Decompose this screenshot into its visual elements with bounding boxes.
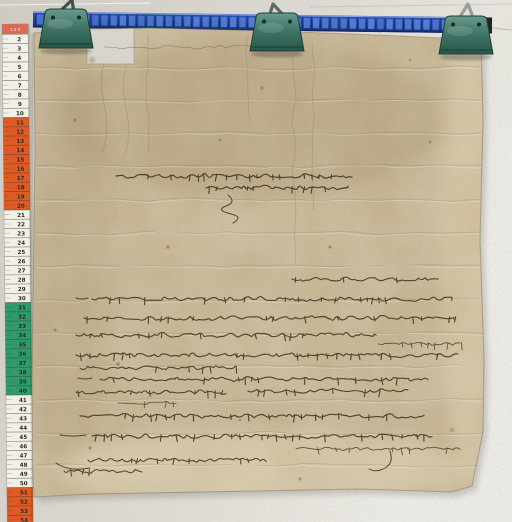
svg-text:53: 53	[20, 509, 28, 515]
clip-left-hole-right	[77, 16, 81, 20]
manuscript-document	[0, 0, 512, 522]
svg-text:30: 30	[18, 296, 26, 302]
svg-text:44: 44	[19, 426, 27, 432]
svg-text:43: 43	[19, 416, 27, 422]
svg-text:7: 7	[18, 83, 22, 89]
svg-text:29: 29	[18, 287, 26, 293]
svg-text:11: 11	[16, 120, 24, 126]
svg-text:22: 22	[17, 222, 25, 228]
svg-text:18: 18	[17, 185, 25, 191]
svg-text:45: 45	[19, 435, 27, 441]
svg-text:36: 36	[19, 352, 27, 358]
clip-left-body	[39, 9, 93, 48]
svg-text:16: 16	[17, 167, 25, 173]
svg-text:14: 14	[16, 148, 24, 154]
svg-text:5: 5	[17, 65, 21, 71]
svg-text:35: 35	[18, 342, 26, 348]
clip-left-highlight	[47, 19, 73, 29]
svg-text:32: 32	[18, 315, 26, 321]
vertical-ruler: 2345678910111213141516171819202122232425…	[2, 24, 34, 522]
svg-text:19: 19	[17, 194, 25, 200]
svg-text:3: 3	[17, 46, 21, 52]
svg-text:21: 21	[17, 213, 25, 219]
clip-left-hole-left	[51, 16, 55, 20]
svg-text:38: 38	[19, 370, 27, 376]
paper-patch-hole	[87, 28, 134, 64]
clip-right-hole-left	[451, 23, 455, 27]
svg-text:31: 31	[18, 305, 26, 311]
svg-text:13: 13	[16, 139, 24, 145]
svg-text:25: 25	[17, 250, 25, 256]
svg-text:37: 37	[19, 361, 27, 367]
svg-text:41: 41	[19, 398, 27, 404]
svg-text:48: 48	[20, 463, 28, 469]
svg-text:42: 42	[19, 407, 27, 413]
svg-text:9: 9	[18, 102, 22, 108]
svg-text:34: 34	[18, 333, 26, 339]
svg-text:26: 26	[18, 259, 26, 265]
svg-text:20: 20	[17, 204, 25, 210]
svg-text:39: 39	[19, 379, 27, 385]
svg-text:12: 12	[16, 130, 24, 136]
clip-right-shadow	[440, 54, 492, 61]
svg-text:50: 50	[20, 481, 28, 487]
svg-text:4: 4	[17, 56, 21, 62]
clip-center-hole-left	[262, 20, 266, 24]
scene-svg: 2345678910111213141516171819202122232425…	[0, 0, 512, 522]
paper-shading-left	[30, 40, 110, 480]
svg-text:1 2 3: 1 2 3	[10, 27, 21, 32]
clip-center-hole-right	[288, 20, 292, 24]
clip-right-highlight	[447, 26, 473, 36]
svg-text:10: 10	[16, 111, 24, 117]
ruler-scale: 2345678910111213141516171819202122232425…	[2, 24, 34, 522]
svg-text:46: 46	[19, 444, 27, 450]
svg-text:17: 17	[17, 176, 25, 182]
svg-text:40: 40	[19, 389, 27, 395]
svg-text:23: 23	[17, 231, 25, 237]
svg-text:47: 47	[20, 453, 28, 459]
svg-text:54: 54	[20, 518, 28, 522]
svg-text:2: 2	[17, 37, 21, 43]
svg-text:24: 24	[17, 241, 25, 247]
clip-right-hole-right	[477, 23, 481, 27]
svg-text:27: 27	[18, 268, 26, 274]
svg-text:28: 28	[18, 278, 26, 284]
svg-text:33: 33	[18, 324, 26, 330]
svg-text:8: 8	[18, 93, 22, 99]
clip-left-shadow	[40, 48, 92, 55]
photo-scene: 2345678910111213141516171819202122232425…	[0, 0, 512, 522]
clip-center-highlight	[258, 23, 284, 33]
svg-text:49: 49	[20, 472, 28, 478]
svg-text:15: 15	[16, 157, 24, 163]
clip-center-shadow	[251, 51, 303, 58]
svg-text:51: 51	[20, 490, 28, 496]
svg-text:6: 6	[18, 74, 22, 80]
svg-text:52: 52	[20, 500, 28, 506]
